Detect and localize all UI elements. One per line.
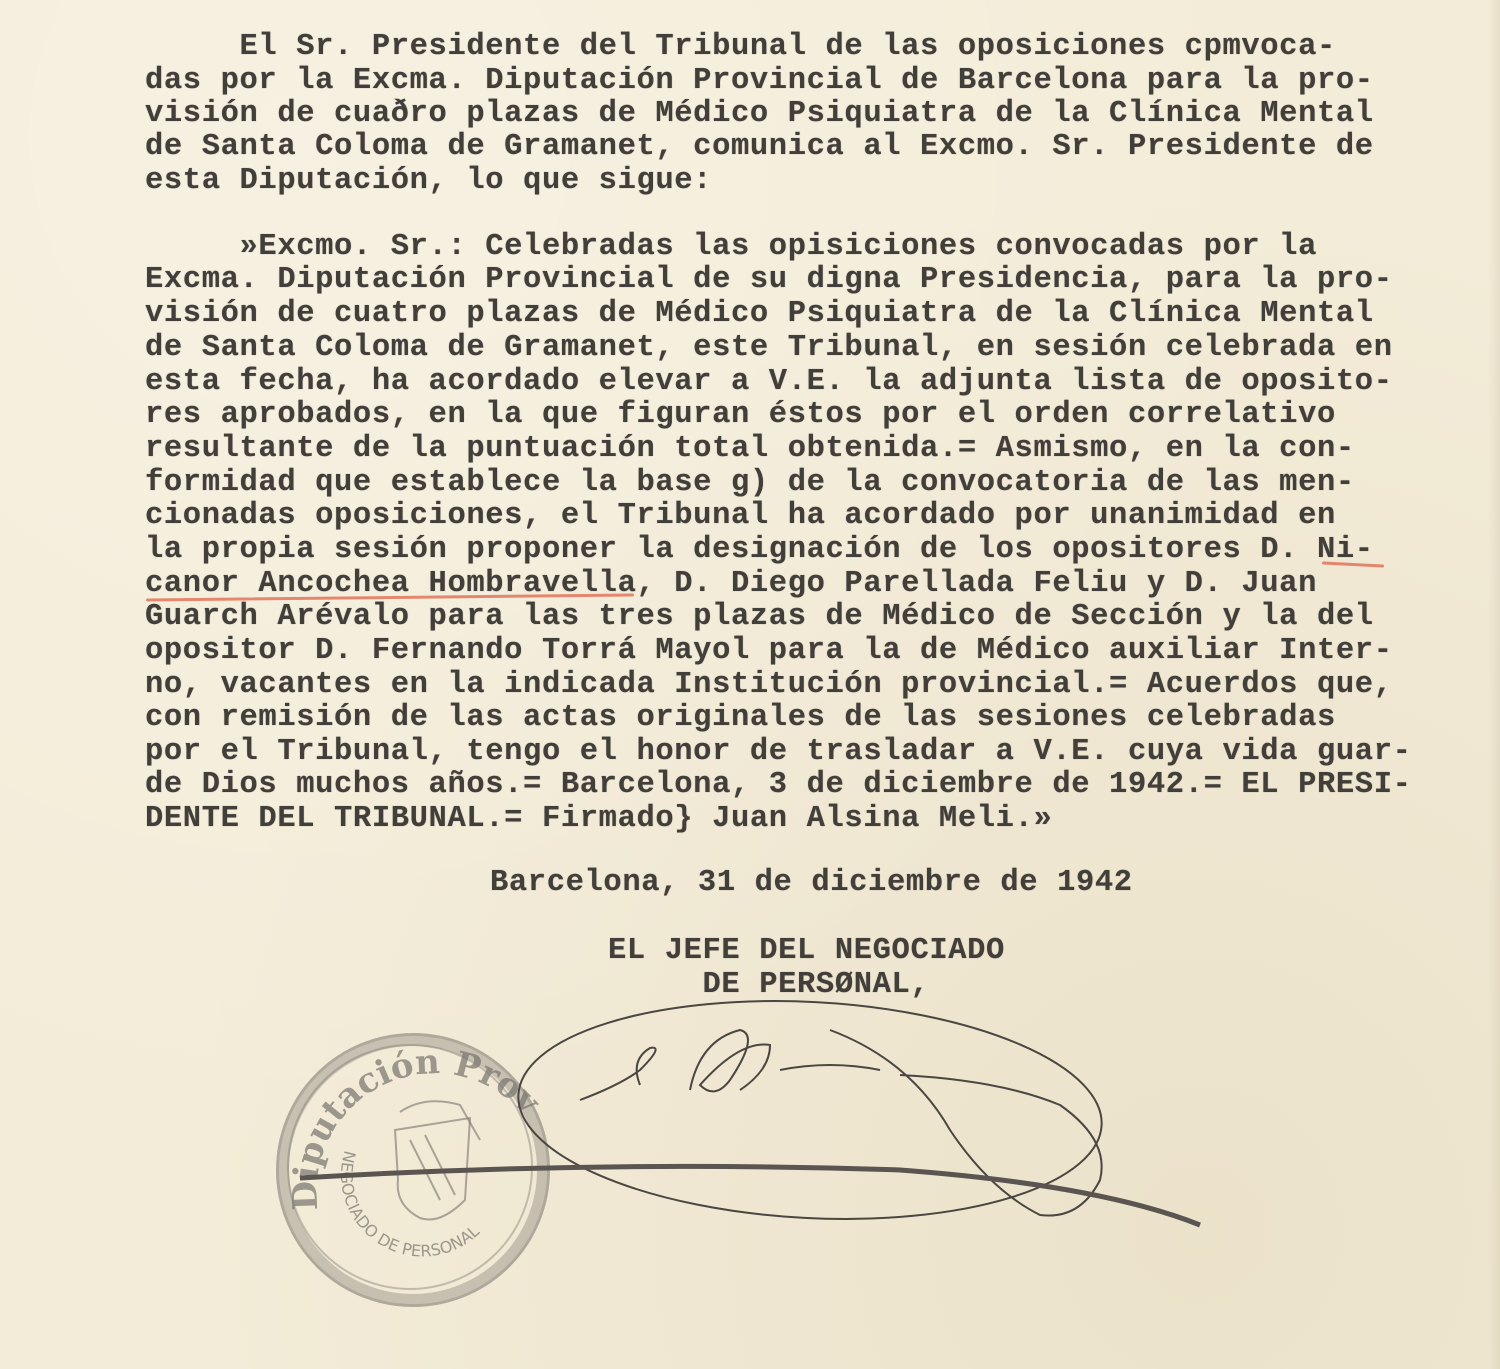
- stamp-and-signature-graphics: Diputación Provincial de Barcelona NEGOC…: [0, 0, 1500, 1369]
- stamp-outer-text: Diputación Provincial de Barcelona: [0, 0, 549, 1211]
- paper-edge: [1488, 0, 1500, 1369]
- document-page: El Sr. Presidente del Tribunal de las op…: [0, 0, 1500, 1369]
- coat-of-arms-icon: [395, 1101, 480, 1219]
- handwritten-signature-icon: [300, 987, 1200, 1233]
